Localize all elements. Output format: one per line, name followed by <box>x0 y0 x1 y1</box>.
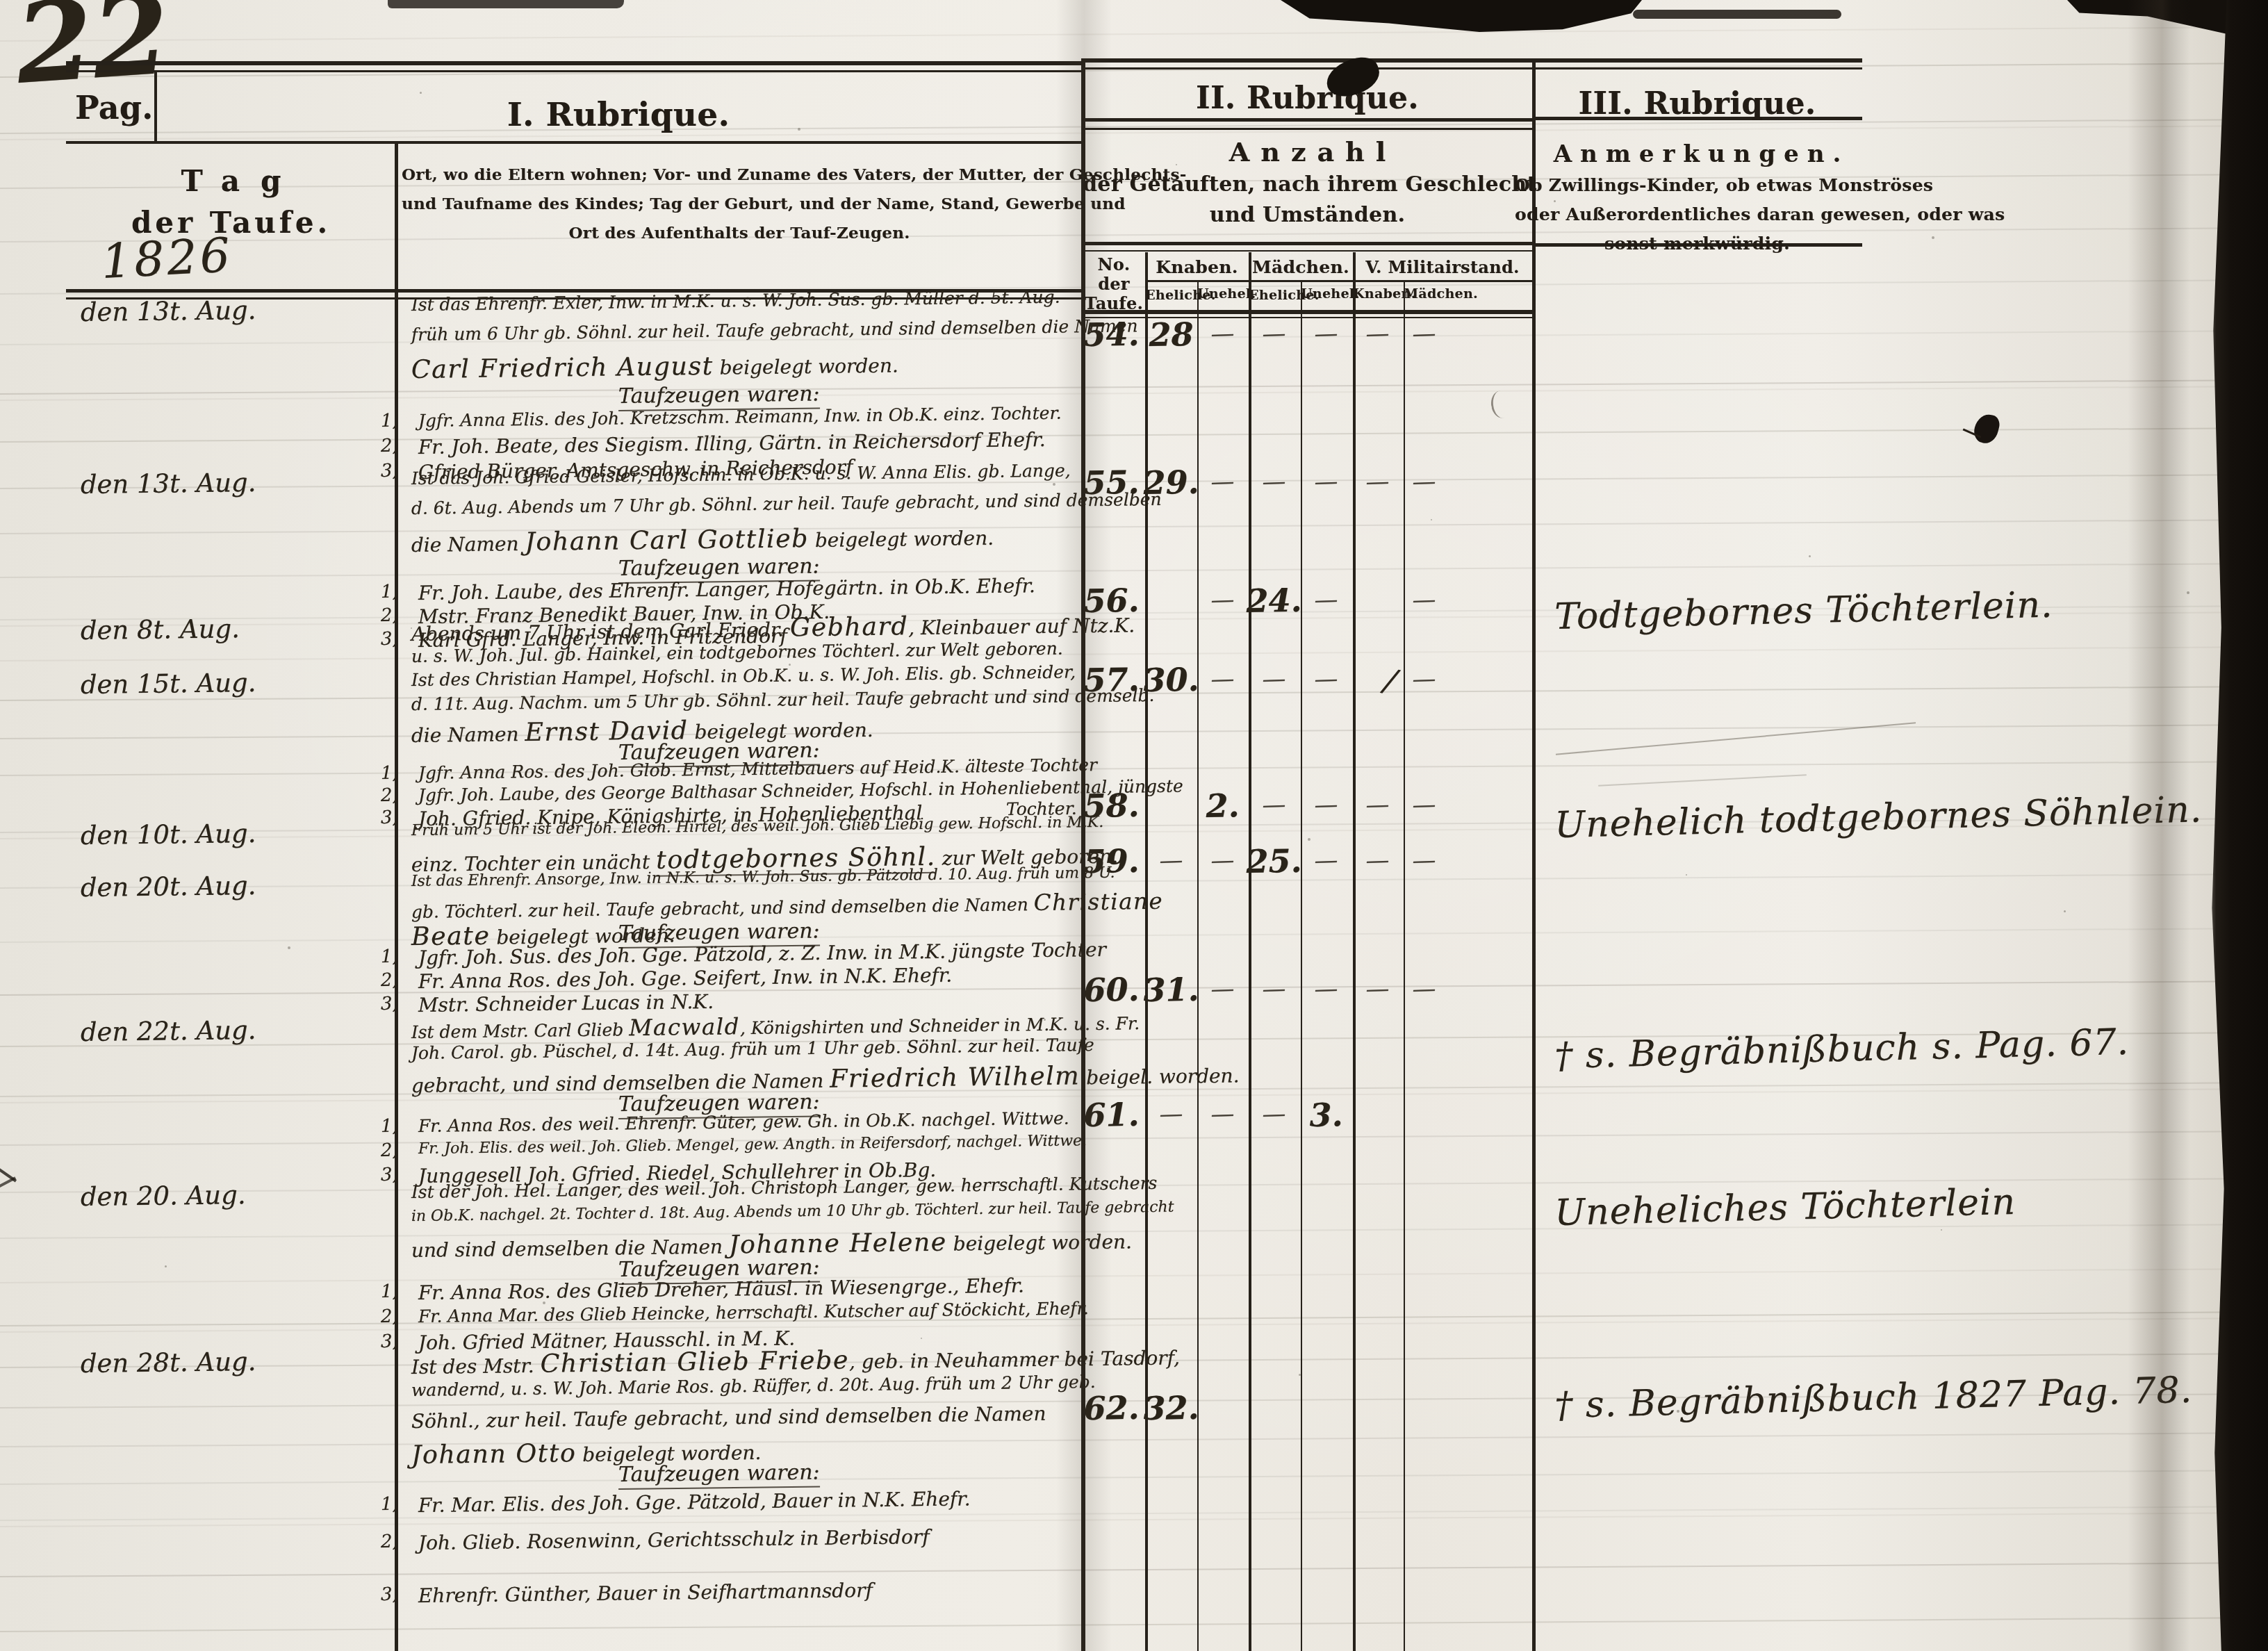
count-dash-glyph: — <box>1262 665 1286 693</box>
ruled-line <box>0 1317 2268 1333</box>
count-dash: — <box>1262 791 1286 819</box>
witness-number: 2, <box>381 970 398 991</box>
annotation-note: Uneheliches Töchterlein <box>1554 1181 2016 1234</box>
ruled-line <box>0 1224 2268 1239</box>
paper-speck <box>1431 519 1432 520</box>
torn-edge-top-streak <box>1633 10 1841 19</box>
column-header-maedchen: Mädchen. <box>1249 257 1353 277</box>
gutter-shadow <box>1056 0 1112 1651</box>
rubrique3-desc-line-2: oder Außerordentliches daran gewesen, od… <box>1515 204 1880 224</box>
count-value-text: 29. <box>1143 463 1199 502</box>
entry-line-text: früh um 6 Uhr gb. Söhnl. zur heil. Taufe… <box>411 315 1138 345</box>
ruled-line <box>0 1617 2268 1632</box>
annotation-note: † s. Begräbnißbuch 1827 Pag. 78. <box>1554 1370 2193 1427</box>
annotation-note-text: † s. Begräbnißbuch s. Pag. 67. <box>1554 1021 2130 1077</box>
count-dash: — <box>1314 975 1338 1003</box>
count-dash: — <box>1365 791 1390 819</box>
rubrique3-title: III. Rubrique. <box>1532 86 1862 122</box>
count-dash: — <box>1314 586 1338 614</box>
count-dash: — <box>1412 665 1436 693</box>
count-dash: — <box>1412 975 1436 1003</box>
count-dash-glyph: — <box>1210 975 1235 1003</box>
count-dash: — <box>1210 846 1235 875</box>
column-subheader-unehel-maedchen: Unehel. <box>1301 286 1353 302</box>
count-dash-glyph: — <box>1210 468 1235 496</box>
entry-line-emphasis: Friedrich Wilhelm <box>830 1060 1080 1093</box>
witness-number-text: 2, <box>381 970 398 991</box>
column-subheader-unehel-knaben: Unehel. <box>1197 286 1249 302</box>
count-dash: — <box>1210 586 1235 614</box>
witness-number-text: 3, <box>381 1331 398 1352</box>
paper-speck <box>1932 236 1934 239</box>
paper-speck <box>1686 874 1687 876</box>
entry-line-pre: Ist dem Mstr. Carl Glieb <box>411 1019 630 1042</box>
count-dash-glyph: — <box>1210 846 1235 875</box>
witness-number-text: 1, <box>381 946 398 967</box>
col-line-militair-split <box>1404 280 1405 1651</box>
baptism-date: den 8t. Aug. <box>80 614 240 646</box>
entry-line-text: d. 11t. Aug. Nachm. um 5 Uhr gb. Söhnl. … <box>411 685 1155 714</box>
count-dash-glyph: — <box>1314 791 1338 819</box>
count-dash: — <box>1314 791 1338 819</box>
paper-speck <box>1941 1229 1942 1231</box>
ruled-line <box>0 1268 2268 1283</box>
count-dash: — <box>1412 791 1436 819</box>
entry-line: früh um 6 Uhr gb. Söhnl. zur heil. Taufe… <box>411 315 1138 345</box>
ruled-line <box>0 1311 2268 1326</box>
witness-number-text: 1, <box>381 1494 398 1515</box>
witness-number: 1, <box>381 946 398 967</box>
baptism-date: den 10t. Aug. <box>80 819 256 851</box>
baptism-date-text: den 13t. Aug. <box>80 295 256 327</box>
rubrique2-subtitle-2: der Getauften, nach ihrem Geschlecht <box>1083 172 1532 197</box>
ruled-line <box>0 1432 2268 1447</box>
subheader-bottom-rule <box>1083 310 1532 314</box>
top-rule-left <box>66 61 1083 65</box>
annotation-note: † s. Begräbnißbuch s. Pag. 67. <box>1554 1021 2130 1077</box>
witness-heading: Taufzeugen waren: <box>618 1460 820 1490</box>
count-dash: — <box>1412 468 1436 496</box>
rubrique1-desc-line-3: Ort des Aufenthalts der Tauf-Zeugen. <box>402 224 1077 243</box>
count-dash: — <box>1262 468 1286 496</box>
count-value-text: 25. <box>1246 842 1302 880</box>
witness-number: 1, <box>381 582 398 602</box>
witness-line: Mstr. Schneider Lucas in N.K. <box>418 990 714 1017</box>
count-dash-glyph: — <box>1314 320 1338 348</box>
paper-speck <box>921 1338 922 1339</box>
entry-line: d. 6t. Aug. Abends um 7 Uhr gb. Söhnl. z… <box>411 489 1162 518</box>
column-subheader-eheliche-knaben: Eheliche. <box>1145 288 1197 303</box>
entry-line-post: , geb. in Neuhammer bei Tasdorf, <box>849 1346 1180 1373</box>
ruled-line <box>0 26 2268 42</box>
count-dash: — <box>1210 468 1235 496</box>
count-dash: — <box>1262 665 1286 693</box>
witness-number-text: 1, <box>381 1116 398 1137</box>
count-value-text: 32. <box>1143 1389 1199 1427</box>
baptism-date-text: den 20. Aug. <box>80 1180 245 1212</box>
witness-number-text: 1, <box>381 763 398 784</box>
col-line-knaben-maedchen <box>1249 252 1251 1651</box>
entry-line-pre: die Namen <box>411 723 525 747</box>
witness-line-text: Fr. Anna Ros. des weil. Ehrenfr. Güter, … <box>418 1108 1069 1136</box>
ruled-line <box>0 427 2268 443</box>
count-dash-glyph: — <box>1365 846 1390 875</box>
baptism-date-text: den 8t. Aug. <box>80 614 240 646</box>
count-dash: — <box>1210 975 1235 1003</box>
witness-heading-text: Taufzeugen waren: <box>618 381 820 409</box>
entry-line: Carl Friedrich August beigelegt worden. <box>411 348 898 384</box>
register-page: 22 Pag. I. Rubrique. Tag der Taufe. 1826… <box>0 0 2268 1651</box>
entry-line-text: Söhnl., zur heil. Taufe gebracht, und si… <box>411 1402 1046 1433</box>
witness-number: 2, <box>381 1306 398 1327</box>
entry-line-pre: Ist des Mstr. <box>411 1354 541 1379</box>
ruled-line <box>0 1506 2268 1521</box>
top-rule-right-2 <box>1083 67 1862 69</box>
pag-label: Pag. <box>75 89 154 126</box>
paper-speck <box>2064 910 2066 912</box>
rubrique3-heading: Anmerkungen. <box>1532 140 1862 168</box>
annotation-note-text: Unehelich todtgebornes Söhnlein. <box>1554 789 2203 846</box>
annotation-note-text: † s. Begräbnißbuch 1827 Pag. 78. <box>1554 1370 2193 1427</box>
count-dash: — <box>1412 320 1436 348</box>
r2-title-rule-2 <box>1083 128 1532 130</box>
stray-slash-mark: ∕ <box>1381 661 1399 700</box>
r2-r3-divider <box>1532 58 1536 1651</box>
baptism-date-text: den 15t. Aug. <box>80 668 256 700</box>
count-value-text: 24. <box>1246 582 1302 620</box>
count-dash-glyph: — <box>1159 1100 1183 1128</box>
subheader-inner-rule <box>1145 280 1532 282</box>
witness-line-text: Fr. Joh. Beate, des Siegism. Illing, Gär… <box>418 428 1046 459</box>
count-dash-glyph: — <box>1210 586 1235 614</box>
ruled-line <box>0 1512 2268 1527</box>
column-header-militairstand: V. Militairstand. <box>1353 257 1532 277</box>
entry-line-pre: gb. Töchterl. zur heil. Taufe gebracht, … <box>411 894 1034 922</box>
count-value: 25. <box>1246 842 1302 880</box>
rubrique2-title: II. Rubrique. <box>1083 81 1532 116</box>
witness-number: 1, <box>381 1116 398 1137</box>
count-value: 3. <box>1309 1096 1343 1134</box>
ink-blot <box>1971 412 2001 446</box>
witness-number-text: 1, <box>381 411 398 432</box>
count-dash-glyph: — <box>1210 1100 1235 1128</box>
column-subheader-militair-maedchen: Mädchen. <box>1404 286 1470 302</box>
witness-number-text: 3, <box>381 461 398 482</box>
witness-number: 3, <box>381 1165 398 1185</box>
witness-number: 1, <box>381 1281 398 1302</box>
col-line-maedchen-militair <box>1353 252 1356 1651</box>
witness-line-text: Mstr. Schneider Lucas in N.K. <box>418 990 714 1017</box>
count-dash-glyph: — <box>1262 468 1286 496</box>
entry-line: gb. Töchterl. zur heil. Taufe gebracht, … <box>411 888 1164 923</box>
witness-number: 2, <box>381 605 398 626</box>
entry-line-emphasis: Christian Glieb Friebe <box>540 1345 849 1378</box>
count-dash-glyph: — <box>1412 320 1436 348</box>
witness-line-text: Fr. Joh. Laube, des Ehrenfr. Langer, Hof… <box>418 574 1035 605</box>
ruled-line <box>0 1470 2268 1485</box>
witness-line: Fr. Mar. Elis. des Joh. Gge. Pätzold, Ba… <box>418 1487 971 1517</box>
entry-line-pre: die Namen <box>411 532 525 557</box>
entry-line: gebracht, und sind demselben die Namen F… <box>411 1058 1239 1099</box>
rubrique1-desc-line-1: Ort, wo die Eltern wohnen; Vor- und Zuna… <box>402 165 1077 184</box>
witness-number: 1, <box>381 763 398 784</box>
count-dash-glyph: — <box>1365 320 1390 348</box>
witness-line-text: Jgfr. Anna Elis. des Joh. Kretzschm. Rei… <box>418 403 1062 431</box>
count-dash-glyph: — <box>1314 468 1338 496</box>
annotation-note-text: Todtgebornes Töchterlein. <box>1554 584 2054 638</box>
baptism-date: den 15t. Aug. <box>80 668 256 700</box>
ruled-line <box>0 519 2268 534</box>
witness-number: 2, <box>381 1531 398 1552</box>
rubrique1-title: I. Rubrique. <box>154 96 1083 134</box>
ruled-line <box>0 646 2268 662</box>
ruled-line <box>0 1562 2268 1577</box>
date-column-divider <box>395 143 398 1651</box>
count-value: 31. <box>1143 971 1199 1009</box>
r2-subtitle-rule-2 <box>1083 250 1532 252</box>
count-dash: — <box>1314 665 1338 693</box>
entry-line-post: beigelegt worden. <box>809 527 994 552</box>
baptism-date-text: den 13t. Aug. <box>80 468 256 500</box>
witness-number-text: 2, <box>381 1306 398 1327</box>
count-dash-glyph: — <box>1314 975 1338 1003</box>
entry-line-text: Ist des Christian Hampel, Hofschl. in Ob… <box>411 662 1076 690</box>
witness-line-text: Joh. Glieb. Rosenwinn, Gerichtsschulz in… <box>418 1525 930 1554</box>
count-dash: — <box>1314 846 1338 875</box>
witness-line: Jgfr. Anna Elis. des Joh. Kretzschm. Rei… <box>418 403 1062 431</box>
witness-number-text: 2, <box>381 605 398 626</box>
rubrique1-desc-line-2: und Taufname des Kindes; Tag der Geburt,… <box>402 195 1077 213</box>
paper-speck <box>420 92 422 94</box>
witness-number-text: 3, <box>381 807 398 828</box>
col-line-maedchen-split <box>1301 280 1302 1651</box>
entry-line: Ist des Christian Hampel, Hofschl. in Ob… <box>411 662 1076 690</box>
witness-line: Fr. Joh. Laube, des Ehrenfr. Langer, Hof… <box>418 574 1035 605</box>
count-dash-glyph: — <box>1365 975 1390 1003</box>
witness-line-text: Ehrenfr. Günther, Bauer in Seifhartmanns… <box>418 1579 873 1607</box>
entry-line-emphasis: Macwald <box>629 1013 740 1041</box>
count-value-text: 31. <box>1143 971 1199 1009</box>
witness-number-text: 2, <box>381 785 398 806</box>
count-dash-glyph: — <box>1412 791 1436 819</box>
witness-number: 3, <box>381 461 398 482</box>
witness-number: 2, <box>381 436 398 457</box>
r2-subtitle-rule <box>1083 242 1532 245</box>
torn-edge-top-blob <box>1281 0 1642 33</box>
paper-speck <box>1554 200 1556 202</box>
rubrique2-subtitle-1: Anzahl <box>1083 136 1532 167</box>
year-1826: 1826 <box>100 228 234 290</box>
top-rule-left-2 <box>66 70 1083 72</box>
witness-number: 1, <box>381 1494 398 1515</box>
witness-line: Fr. Anna Ros. des weil. Ehrenfr. Güter, … <box>418 1108 1069 1136</box>
count-value: 28 <box>1149 315 1194 354</box>
count-dash: — <box>1314 468 1338 496</box>
entry-line: d. 11t. Aug. Nachm. um 5 Uhr gb. Söhnl. … <box>411 685 1155 714</box>
top-rule-right <box>1083 58 1862 63</box>
witness-number: 2, <box>381 1140 398 1161</box>
column-subheader-eheliche-maedchen: Eheliche. <box>1249 288 1301 303</box>
baptism-date: den 20t. Aug. <box>80 871 256 903</box>
paper-speck <box>1308 838 1310 841</box>
count-dash: — <box>1262 320 1286 348</box>
scratch-hairline <box>1556 722 1916 755</box>
baptism-date: den 13t. Aug. <box>80 295 256 327</box>
paper-speck <box>1809 555 1811 557</box>
margin-stray-mark-2 <box>0 1176 16 1189</box>
entry-line-pre: Abends um 7 Uhr ist dem Carl Friedr. <box>411 618 791 646</box>
entry-line: die Namen Johann Carl Gottlieb beigelegt… <box>411 521 994 558</box>
count-value: 2. <box>1206 787 1240 825</box>
count-dash: — <box>1412 846 1436 875</box>
witness-number: 3, <box>381 807 398 828</box>
count-dash-glyph: — <box>1159 846 1183 875</box>
count-value: 32. <box>1143 1389 1199 1427</box>
column-header-knaben: Knaben. <box>1145 257 1249 277</box>
witness-number: 3, <box>381 994 398 1015</box>
count-dash: — <box>1262 1100 1286 1128</box>
entry-line-emphasis: Gebhard <box>790 611 909 642</box>
count-dash-glyph: — <box>1412 586 1436 614</box>
witness-line: Fr. Joh. Elis. des weil. Joh. Glieb. Men… <box>418 1132 1087 1158</box>
witness-number: 3, <box>381 1584 398 1605</box>
baptism-date-text: den 20t. Aug. <box>80 871 256 903</box>
witness-number: 1, <box>381 411 398 432</box>
stray-slash-glyph: ∕ <box>1381 661 1399 700</box>
rubrique3-desc-line-1: Ob Zwillings-Kinder, ob etwas Monströses <box>1515 175 1880 195</box>
witness-number-text: 1, <box>381 1281 398 1302</box>
count-dash-glyph: — <box>1262 320 1286 348</box>
count-value: 30. <box>1143 661 1199 699</box>
witness-number-text: 3, <box>381 1165 398 1185</box>
count-dash-glyph: — <box>1365 468 1390 496</box>
count-dash-glyph: — <box>1412 975 1436 1003</box>
annotation-note: Todtgebornes Töchterlein. <box>1554 584 2054 638</box>
entry-line-emphasis: Johanne Helene <box>728 1227 947 1260</box>
count-dash-glyph: — <box>1262 1100 1286 1128</box>
baptism-date-text: den 28t. Aug. <box>80 1347 256 1379</box>
ruled-line <box>0 563 2268 578</box>
baptism-date: den 28t. Aug. <box>80 1347 256 1379</box>
paper-speck <box>165 1265 167 1267</box>
entry-line-emphasis: Johann Otto <box>411 1438 576 1470</box>
witness-heading-text: Taufzeugen waren: <box>618 1460 820 1487</box>
ruled-line <box>0 928 2268 943</box>
entry-line-text: d. 6t. Aug. Abends um 7 Uhr gb. Söhnl. z… <box>411 489 1162 518</box>
count-dash: — <box>1365 846 1390 875</box>
count-dash-glyph: — <box>1210 665 1235 693</box>
scratch-hairline-2 <box>1598 774 1807 787</box>
witness-number-text: 2, <box>381 1140 398 1161</box>
witness-number: 2, <box>381 785 398 806</box>
baptism-date: den 13t. Aug. <box>80 468 256 500</box>
witness-number-text: 2, <box>381 1531 398 1552</box>
count-dash: — <box>1210 1100 1235 1128</box>
witness-number-text: 3, <box>381 994 398 1015</box>
count-dash: — <box>1210 665 1235 693</box>
baptism-date-text: den 22t. Aug. <box>80 1015 256 1047</box>
count-dash: — <box>1262 975 1286 1003</box>
count-dash: — <box>1365 468 1390 496</box>
tag-der-taufe-line1: Tag <box>66 164 396 198</box>
count-dash: — <box>1314 320 1338 348</box>
count-value: 24. <box>1246 582 1302 620</box>
witness-number-text: 3, <box>381 629 398 650</box>
witness-number-text: 2, <box>381 436 398 457</box>
torn-edge-top-left-streak <box>388 0 624 8</box>
ruled-line <box>0 724 2268 739</box>
count-dash-glyph: — <box>1210 320 1235 348</box>
ruled-line <box>0 379 2268 395</box>
count-dash: — <box>1365 320 1390 348</box>
r2-title-rule <box>1083 118 1532 122</box>
paper-speck <box>2187 591 2189 594</box>
count-value: 29. <box>1143 463 1199 502</box>
count-value-text: 3. <box>1309 1096 1343 1134</box>
count-dash-glyph: — <box>1314 846 1338 875</box>
witness-number: 3, <box>381 1331 398 1352</box>
col-line-no <box>1145 252 1148 1651</box>
count-dash: — <box>1412 586 1436 614</box>
witness-number-text: 3, <box>381 1584 398 1605</box>
count-value-text: 2. <box>1206 787 1240 825</box>
annotation-note-text: Uneheliches Töchterlein <box>1554 1181 2016 1234</box>
pag-row-bottom-rule <box>66 141 1083 144</box>
count-dash: — <box>1159 846 1183 875</box>
witness-line-text: Fr. Mar. Elis. des Joh. Gge. Pätzold, Ba… <box>418 1487 971 1517</box>
witness-line: Ehrenfr. Günther, Bauer in Seifhartmanns… <box>418 1579 873 1607</box>
count-dash: — <box>1210 320 1235 348</box>
count-dash-glyph: — <box>1365 791 1390 819</box>
witness-line-text: Fr. Joh. Elis. des weil. Joh. Glieb. Men… <box>418 1132 1087 1158</box>
witness-line: Fr. Joh. Beate, des Siegism. Illing, Gär… <box>418 428 1046 459</box>
paper-speck <box>288 946 290 949</box>
count-dash-glyph: — <box>1314 586 1338 614</box>
witness-line: Joh. Glieb. Rosenwinn, Gerichtsschulz in… <box>418 1525 930 1554</box>
count-dash-glyph: — <box>1314 665 1338 693</box>
count-dash-glyph: — <box>1262 975 1286 1003</box>
count-dash-glyph: — <box>1412 665 1436 693</box>
rubrique2-subtitle-3: und Umständen. <box>1083 203 1532 227</box>
count-dash: — <box>1365 975 1390 1003</box>
ruled-line <box>0 386 2268 401</box>
count-value-text: 30. <box>1143 661 1199 699</box>
baptism-date-text: den 10t. Aug. <box>80 819 256 851</box>
witness-number-text: 1, <box>381 582 398 602</box>
entry-line-post: beigelegt worden. <box>713 354 898 379</box>
scan-edge-right <box>2201 0 2268 1651</box>
count-dash-glyph: — <box>1412 468 1436 496</box>
count-value-text: 28 <box>1149 315 1194 354</box>
baptism-date: den 20. Aug. <box>80 1180 245 1212</box>
count-dash: — <box>1159 1100 1183 1128</box>
entry-line-emphasis: Johann Carl Gottlieb <box>525 523 809 557</box>
baptism-date: den 22t. Aug. <box>80 1015 256 1047</box>
count-dash-glyph: — <box>1262 791 1286 819</box>
column-subheader-militair-knaben: Knaben. <box>1353 286 1404 302</box>
witness-number: 3, <box>381 629 398 650</box>
rubrique3-desc-line-3: sonst merkwürdig. <box>1515 233 1880 254</box>
annotation-note: Unehelich todtgebornes Söhnlein. <box>1554 789 2203 846</box>
ruled-line <box>0 761 2268 776</box>
pencil-arc-mark <box>1489 389 1514 420</box>
entry-line: Söhnl., zur heil. Taufe gebracht, und si… <box>411 1402 1046 1433</box>
count-dash-glyph: — <box>1412 846 1436 875</box>
paper-speck <box>1053 483 1055 486</box>
entry-line-emphasis: Carl Friedrich August <box>411 351 713 384</box>
